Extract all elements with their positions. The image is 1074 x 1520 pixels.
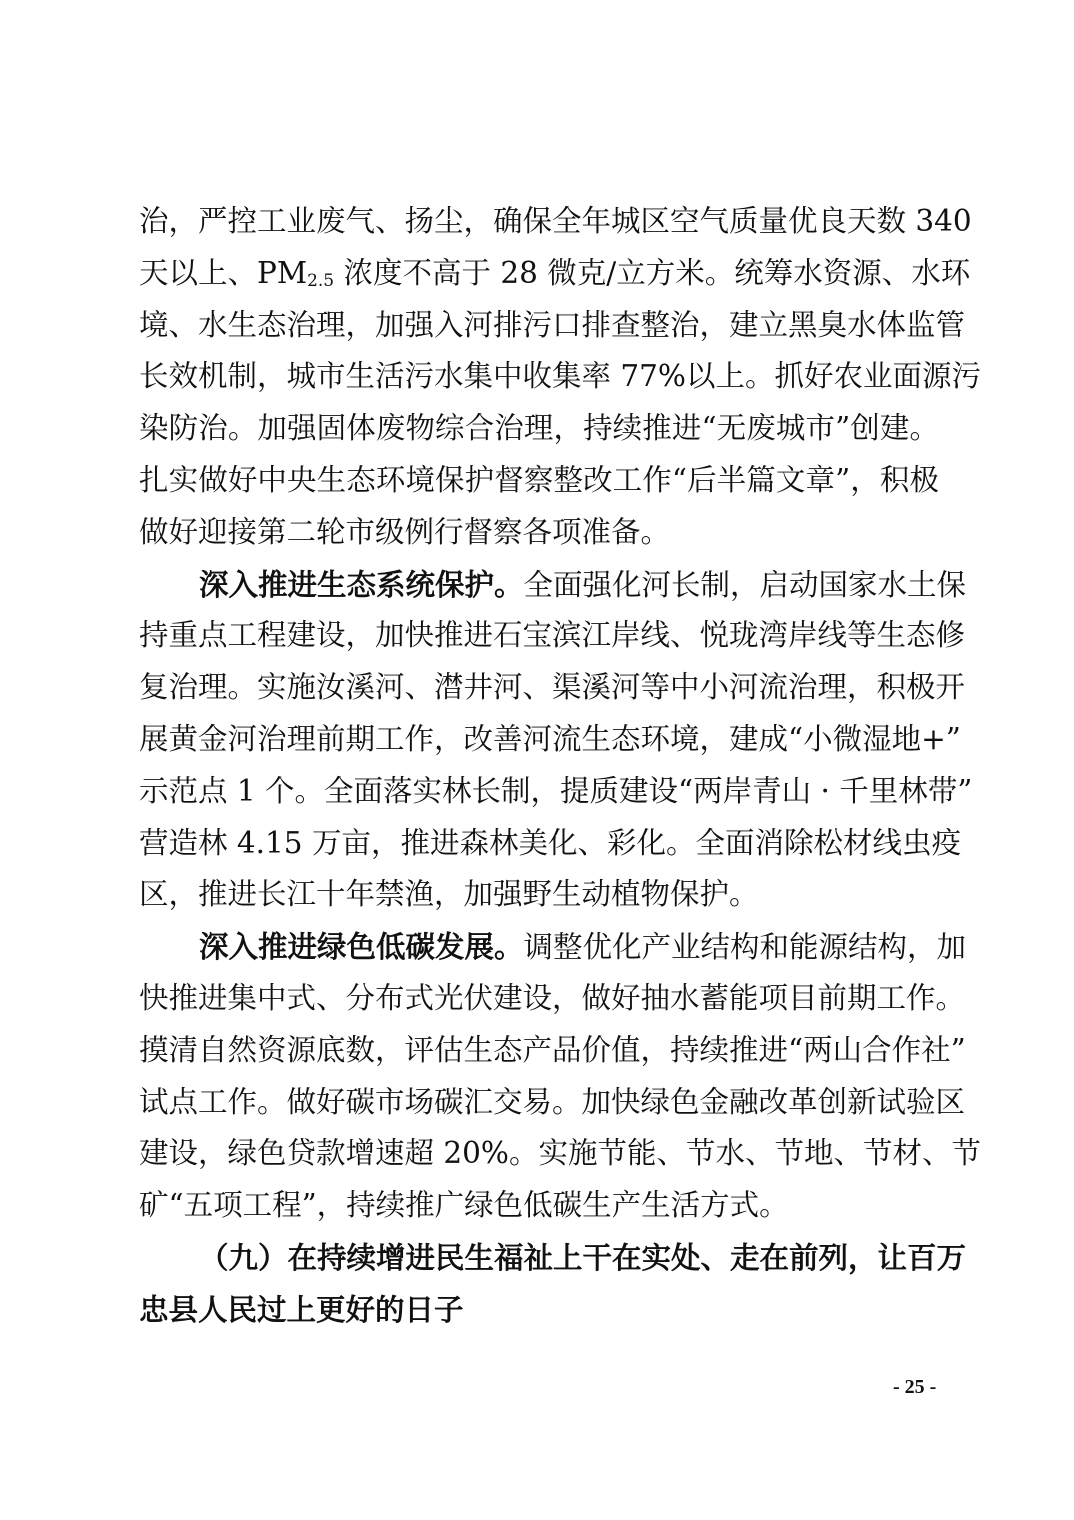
text-fragment: 浓度不高于 28 微克/立方米。统筹水资源、水环 — [334, 256, 970, 290]
paragraph-lead: 深入推进绿色低碳发展。 — [199, 929, 524, 964]
text-line: 快推进集中式、分布式光伏建设，做好抽水蓄能项目前期工作。 — [139, 973, 939, 1025]
text-line: 持重点工程建设，加快推进石宝滨江岸线、悦珑湾岸线等生态修 — [139, 610, 939, 662]
text-fragment: 调整优化产业结构和能源结构，加 — [524, 930, 967, 964]
text-line: 营造林 4.15 万亩，推进森林美化、彩化。全面消除松材线虫疫 — [139, 818, 939, 870]
paragraph-ecosystem-protection: 深入推进生态系统保护。全面强化河长制，启动国家水土保 持重点工程建设，加快推进石… — [139, 559, 939, 922]
paragraph-lead: 深入推进生态系统保护。 — [199, 567, 524, 602]
text-line: 境、水生态治理，加强入河排污口排查整治，建立黑臭水体监管 — [139, 300, 939, 352]
text-line: 试点工作。做好碳市场碳汇交易。加快绿色金融改革创新试验区 — [139, 1077, 939, 1129]
paragraph-green-low-carbon: 深入推进绿色低碳发展。调整优化产业结构和能源结构，加 快推进集中式、分布式光伏建… — [139, 921, 939, 1232]
text-fragment: 全面强化河长制，启动国家水土保 — [524, 568, 967, 602]
page-number: - 25 - — [893, 1376, 936, 1399]
text-line: 展黄金河治理前期工作，改善河流生态环境，建成“小微湿地+” — [139, 714, 939, 766]
paragraph-pollution-control: 治，严控工业废气、扬尘，确保全年城区空气质量优良天数 340 天以上、PM2.5… — [139, 196, 939, 559]
text-line: 染防治。加强固体废物综合治理，持续推进“无废城市”创建。 — [139, 403, 939, 455]
text-line: 扎实做好中央生态环境保护督察整改工作“后半篇文章”，积极 — [139, 455, 939, 507]
document-page: 治，严控工业废气、扬尘，确保全年城区空气质量优良天数 340 天以上、PM2.5… — [139, 196, 939, 1336]
text-line: 矿“五项工程”，持续推广绿色低碳生产生活方式。 — [139, 1180, 939, 1232]
heading-line: （九）在持续增进民生福祉上干在实处、走在前列，让百万 — [139, 1232, 939, 1284]
text-line: 治，严控工业废气、扬尘，确保全年城区空气质量优良天数 340 — [139, 196, 939, 248]
text-line: 建设，绿色贷款增速超 20%。实施节能、节水、节地、节材、节 — [139, 1128, 939, 1180]
text-line: 示范点 1 个。全面落实林长制，提质建设“两岸青山 · 千里林带” — [139, 766, 939, 818]
text-line: 复治理。实施汝溪河、澘井河、渠溪河等中小河流治理，积极开 — [139, 662, 939, 714]
subscript: 2.5 — [307, 271, 334, 291]
text-line: 长效机制，城市生活污水集中收集率 77%以上。抓好农业面源污 — [139, 351, 939, 403]
text-line: 深入推进生态系统保护。全面强化河长制，启动国家水土保 — [139, 559, 939, 611]
text-line: 区，推进长江十年禁渔，加强野生动植物保护。 — [139, 869, 939, 921]
text-line: 做好迎接第二轮市级例行督察各项准备。 — [139, 507, 939, 559]
text-fragment: 天以上、PM — [139, 256, 307, 290]
text-line: 摸清自然资源底数，评估生态产品价值，持续推进“两山合作社” — [139, 1025, 939, 1077]
text-line: 天以上、PM2.5 浓度不高于 28 微克/立方米。统筹水资源、水环 — [139, 248, 939, 300]
section-heading: （九）在持续增进民生福祉上干在实处、走在前列，让百万 忠县人民过上更好的日子 — [139, 1232, 939, 1336]
text-line: 深入推进绿色低碳发展。调整优化产业结构和能源结构，加 — [139, 921, 939, 973]
heading-line: 忠县人民过上更好的日子 — [139, 1284, 939, 1336]
